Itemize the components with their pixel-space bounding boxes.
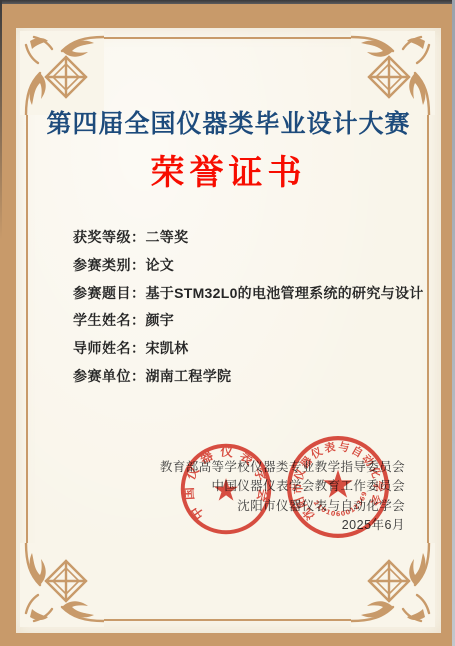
- competition-title: 第四届全国仪器类毕业设计大赛: [16, 104, 441, 140]
- corner-flourish-bottom-right: [351, 543, 435, 627]
- field-row-award-level: 获奖等级：二等奖: [73, 224, 424, 252]
- certificate-panel: 第四届全国仪器类毕业设计大赛 荣誉证书 获奖等级：二等奖 参赛类别：论文 参赛题…: [16, 28, 441, 633]
- star-icon: ★: [212, 472, 240, 508]
- field-value: 颜宇: [146, 312, 175, 328]
- corner-flourish-top-left: [20, 31, 104, 115]
- field-label: 导师姓名：: [73, 340, 146, 356]
- field-value: 宋凯林: [146, 340, 189, 356]
- field-label: 获奖等级：: [73, 229, 146, 245]
- award-fields: 获奖等级：二等奖 参赛类别：论文 参赛题目：基于STM32L0的电池管理系统的研…: [73, 224, 424, 391]
- field-label: 参赛单位：: [73, 368, 146, 384]
- field-label: 参赛题目：: [73, 285, 146, 301]
- field-label: 学生姓名：: [73, 312, 146, 328]
- field-row-entry-title: 参赛题目：基于STM32L0的电池管理系统的研究与设计: [73, 280, 424, 308]
- field-row-advisor-name: 导师姓名：宋凯林: [73, 335, 424, 363]
- field-value: 论文: [146, 257, 175, 273]
- field-row-entry-category: 参赛类别：论文: [73, 252, 424, 280]
- field-row-student-name: 学生姓名：颜宇: [73, 307, 424, 335]
- corner-flourish-bottom-left: [20, 543, 104, 627]
- field-row-institution: 参赛单位：湖南工程学院: [73, 363, 424, 391]
- scan-edge-left: [0, 0, 2, 240]
- certificate-screenshot: { "certificate": { "competition_title": …: [0, 0, 455, 646]
- corner-flourish-top-right: [351, 31, 435, 115]
- field-label: 参赛类别：: [73, 257, 146, 273]
- certificate-title: 荣誉证书: [16, 145, 441, 194]
- field-value: 基于STM32L0的电池管理系统的研究与设计: [146, 285, 424, 301]
- shenyang-instrument-society-seal-stamp: 沈阳市仪器仪表与自动化学会 21010600123692 ★: [286, 435, 390, 539]
- scan-edge-top: [0, 0, 455, 4]
- field-value: 二等奖: [146, 229, 189, 245]
- field-value: 湖南工程学院: [146, 368, 232, 384]
- star-icon: ★: [321, 462, 356, 507]
- china-instrument-society-seal-stamp: 中国仪器仪表学会 ★: [179, 442, 273, 536]
